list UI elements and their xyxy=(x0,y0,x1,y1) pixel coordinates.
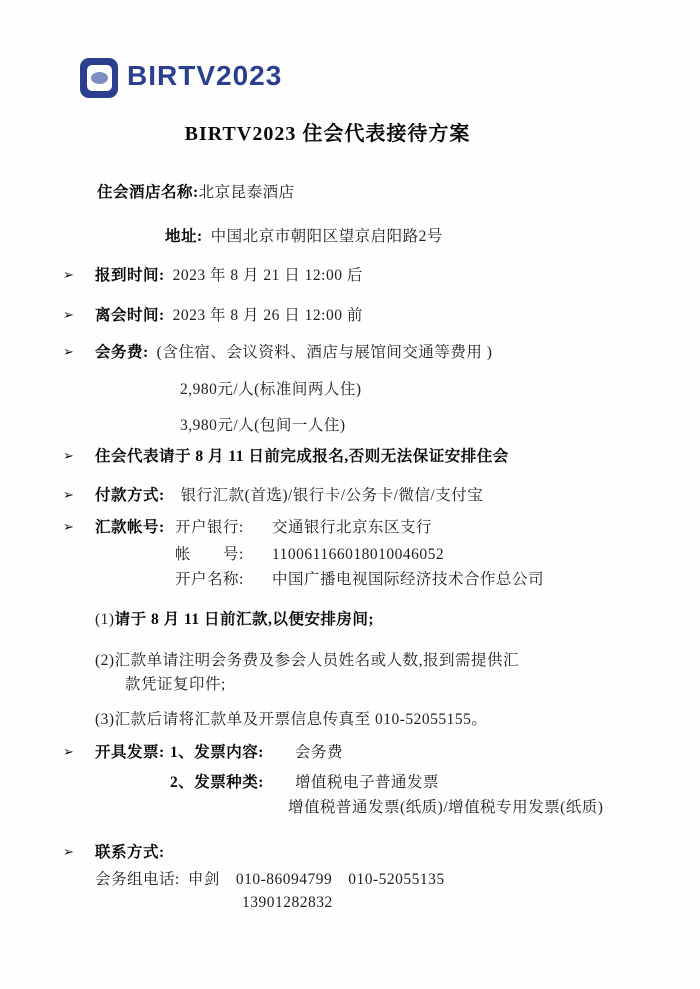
invoice-item2-value: 增值税电子普通发票 xyxy=(295,774,439,791)
account-bank-value: 交通银行北京东区支行 xyxy=(272,519,432,536)
note2-number: (2) xyxy=(95,652,115,669)
invoice-item2-label: 2、发票种类: xyxy=(170,773,295,793)
document-page: BIRTV2023 BIRTV2023 住会代表接待方案 住会酒店名称:北京昆泰… xyxy=(0,0,700,989)
invoice-type-row: 2、发票种类:增值税电子普通发票 xyxy=(170,773,439,793)
address-label: 地址: xyxy=(165,228,203,245)
account-bank-label: 开户银行: xyxy=(175,518,272,538)
hotel-name-label: 住会酒店名称: xyxy=(97,184,199,201)
fee-note: (含住宿、会议资料、酒店与展馆间交通等费用 ) xyxy=(157,344,493,361)
note1-row: (1)请于 8 月 11 日前汇款,以便安排房间; xyxy=(95,610,374,630)
arrow-bullet-icon: ➢ xyxy=(63,485,95,505)
note3-number: (3) xyxy=(95,711,115,728)
account-label: 汇款帐号: xyxy=(95,519,165,536)
payment-label: 付款方式: xyxy=(95,487,165,504)
birtv-logo-text: BIRTV2023 xyxy=(127,60,282,92)
address-value: 中国北京市朝阳区望京启阳路2号 xyxy=(211,228,443,245)
account-name-value: 中国广播电视国际经济技术合作总公司 xyxy=(272,571,544,588)
fee-label: 会务费: xyxy=(95,344,149,361)
hotel-name-row: 住会酒店名称:北京昆泰酒店 xyxy=(97,183,295,203)
checkout-label: 离会时间: xyxy=(95,307,165,324)
account-name-label: 开户名称: xyxy=(175,570,272,590)
contact-row: ➢联系方式: xyxy=(63,843,165,863)
invoice-item1-label: 1、发票内容: xyxy=(170,743,295,763)
birtv-logo-lens xyxy=(91,72,108,84)
invoice-item1-value: 会务费 xyxy=(295,744,343,761)
arrow-bullet-icon: ➢ xyxy=(63,265,95,285)
payment-value: 银行汇款(首选)/银行卡/公务卡/微信/支付宝 xyxy=(181,487,484,504)
fee-option2: 3,980元/人(包间一人住) xyxy=(180,416,346,436)
invoice-item2-extra: 增值税普通发票(纸质)/增值税专用发票(纸质) xyxy=(288,799,603,816)
account-row: ➢汇款帐号: xyxy=(63,518,165,538)
deadline-text: 住会代表请于 8 月 11 日前完成报名,否则无法保证安排住会 xyxy=(95,448,509,465)
note3-text: 汇款后请将汇款单及开票信息传真至 010-52055155。 xyxy=(115,711,488,728)
fee-option1: 2,980元/人(标准间两人住) xyxy=(180,380,362,400)
invoice-type-extra-row: 增值税普通发票(纸质)/增值税专用发票(纸质) xyxy=(288,798,603,818)
checkout-row: ➢离会时间:2023 年 8 月 26 日 12:00 前 xyxy=(63,306,363,326)
note3-row: (3)汇款后请将汇款单及开票信息传真至 010-52055155。 xyxy=(95,710,487,730)
fee-row: ➢会务费:(含住宿、会议资料、酒店与展馆间交通等费用 ) xyxy=(63,343,492,363)
arrow-bullet-icon: ➢ xyxy=(63,842,95,862)
arrow-bullet-icon: ➢ xyxy=(63,517,95,537)
invoice-row: ➢开具发票:1、发票内容:会务费 xyxy=(63,743,343,763)
note1-number: (1) xyxy=(95,611,115,628)
note2-text-line2: 款凭证复印件; xyxy=(125,676,226,693)
deadline-row: ➢住会代表请于 8 月 11 日前完成报名,否则无法保证安排住会 xyxy=(63,447,509,467)
account-name-row: 开户名称:中国广播电视国际经济技术合作总公司 xyxy=(175,570,544,590)
note2-row: (2)汇款单请注明会务费及参会人员姓名或人数,报到需提供汇 xyxy=(95,651,519,671)
page-title: BIRTV2023 住会代表接待方案 xyxy=(0,117,655,146)
account-number-label: 帐 号: xyxy=(175,545,272,565)
birtv-logo-icon-inner xyxy=(87,65,112,91)
contact-mobile: 13901282832 xyxy=(242,894,333,911)
arrow-bullet-icon: ➢ xyxy=(63,342,95,362)
note2-text-line1: 汇款单请注明会务费及参会人员姓名或人数,报到需提供汇 xyxy=(115,652,519,669)
checkin-value: 2023 年 8 月 21 日 12:00 后 xyxy=(173,267,363,284)
contact-label: 联系方式: xyxy=(95,844,165,861)
contact-phone-row: 会务组电话:申剑010-86094799010-52055135 xyxy=(95,870,445,890)
note1-text: 请于 8 月 11 日前汇款,以便安排房间; xyxy=(115,611,374,628)
arrow-bullet-icon: ➢ xyxy=(63,742,95,762)
contact-phone1: 010-86094799 xyxy=(236,871,332,888)
checkout-value: 2023 年 8 月 26 日 12:00 前 xyxy=(173,307,363,324)
birtv-logo-icon xyxy=(80,58,118,98)
arrow-bullet-icon: ➢ xyxy=(63,305,95,325)
payment-row: ➢付款方式:银行汇款(首选)/银行卡/公务卡/微信/支付宝 xyxy=(63,486,483,506)
contact-mobile-row: 13901282832 xyxy=(242,893,333,913)
account-number-value: 110061166018010046052 xyxy=(272,546,444,563)
contact-phone-label: 会务组电话: xyxy=(95,871,180,888)
address-row: 地址:中国北京市朝阳区望京启阳路2号 xyxy=(165,227,443,247)
checkin-label: 报到时间: xyxy=(95,267,165,284)
arrow-bullet-icon: ➢ xyxy=(63,446,95,466)
note2-row-line2: 款凭证复印件; xyxy=(125,675,226,695)
account-number-row: 帐 号:110061166018010046052 xyxy=(175,545,444,565)
contact-person-name: 申剑 xyxy=(188,871,220,888)
contact-phone2: 010-52055135 xyxy=(348,871,444,888)
checkin-row: ➢报到时间:2023 年 8 月 21 日 12:00 后 xyxy=(63,266,363,286)
invoice-label: 开具发票: xyxy=(95,743,170,763)
hotel-name-value: 北京昆泰酒店 xyxy=(199,184,295,201)
account-bank-row: 开户银行:交通银行北京东区支行 xyxy=(175,518,432,538)
